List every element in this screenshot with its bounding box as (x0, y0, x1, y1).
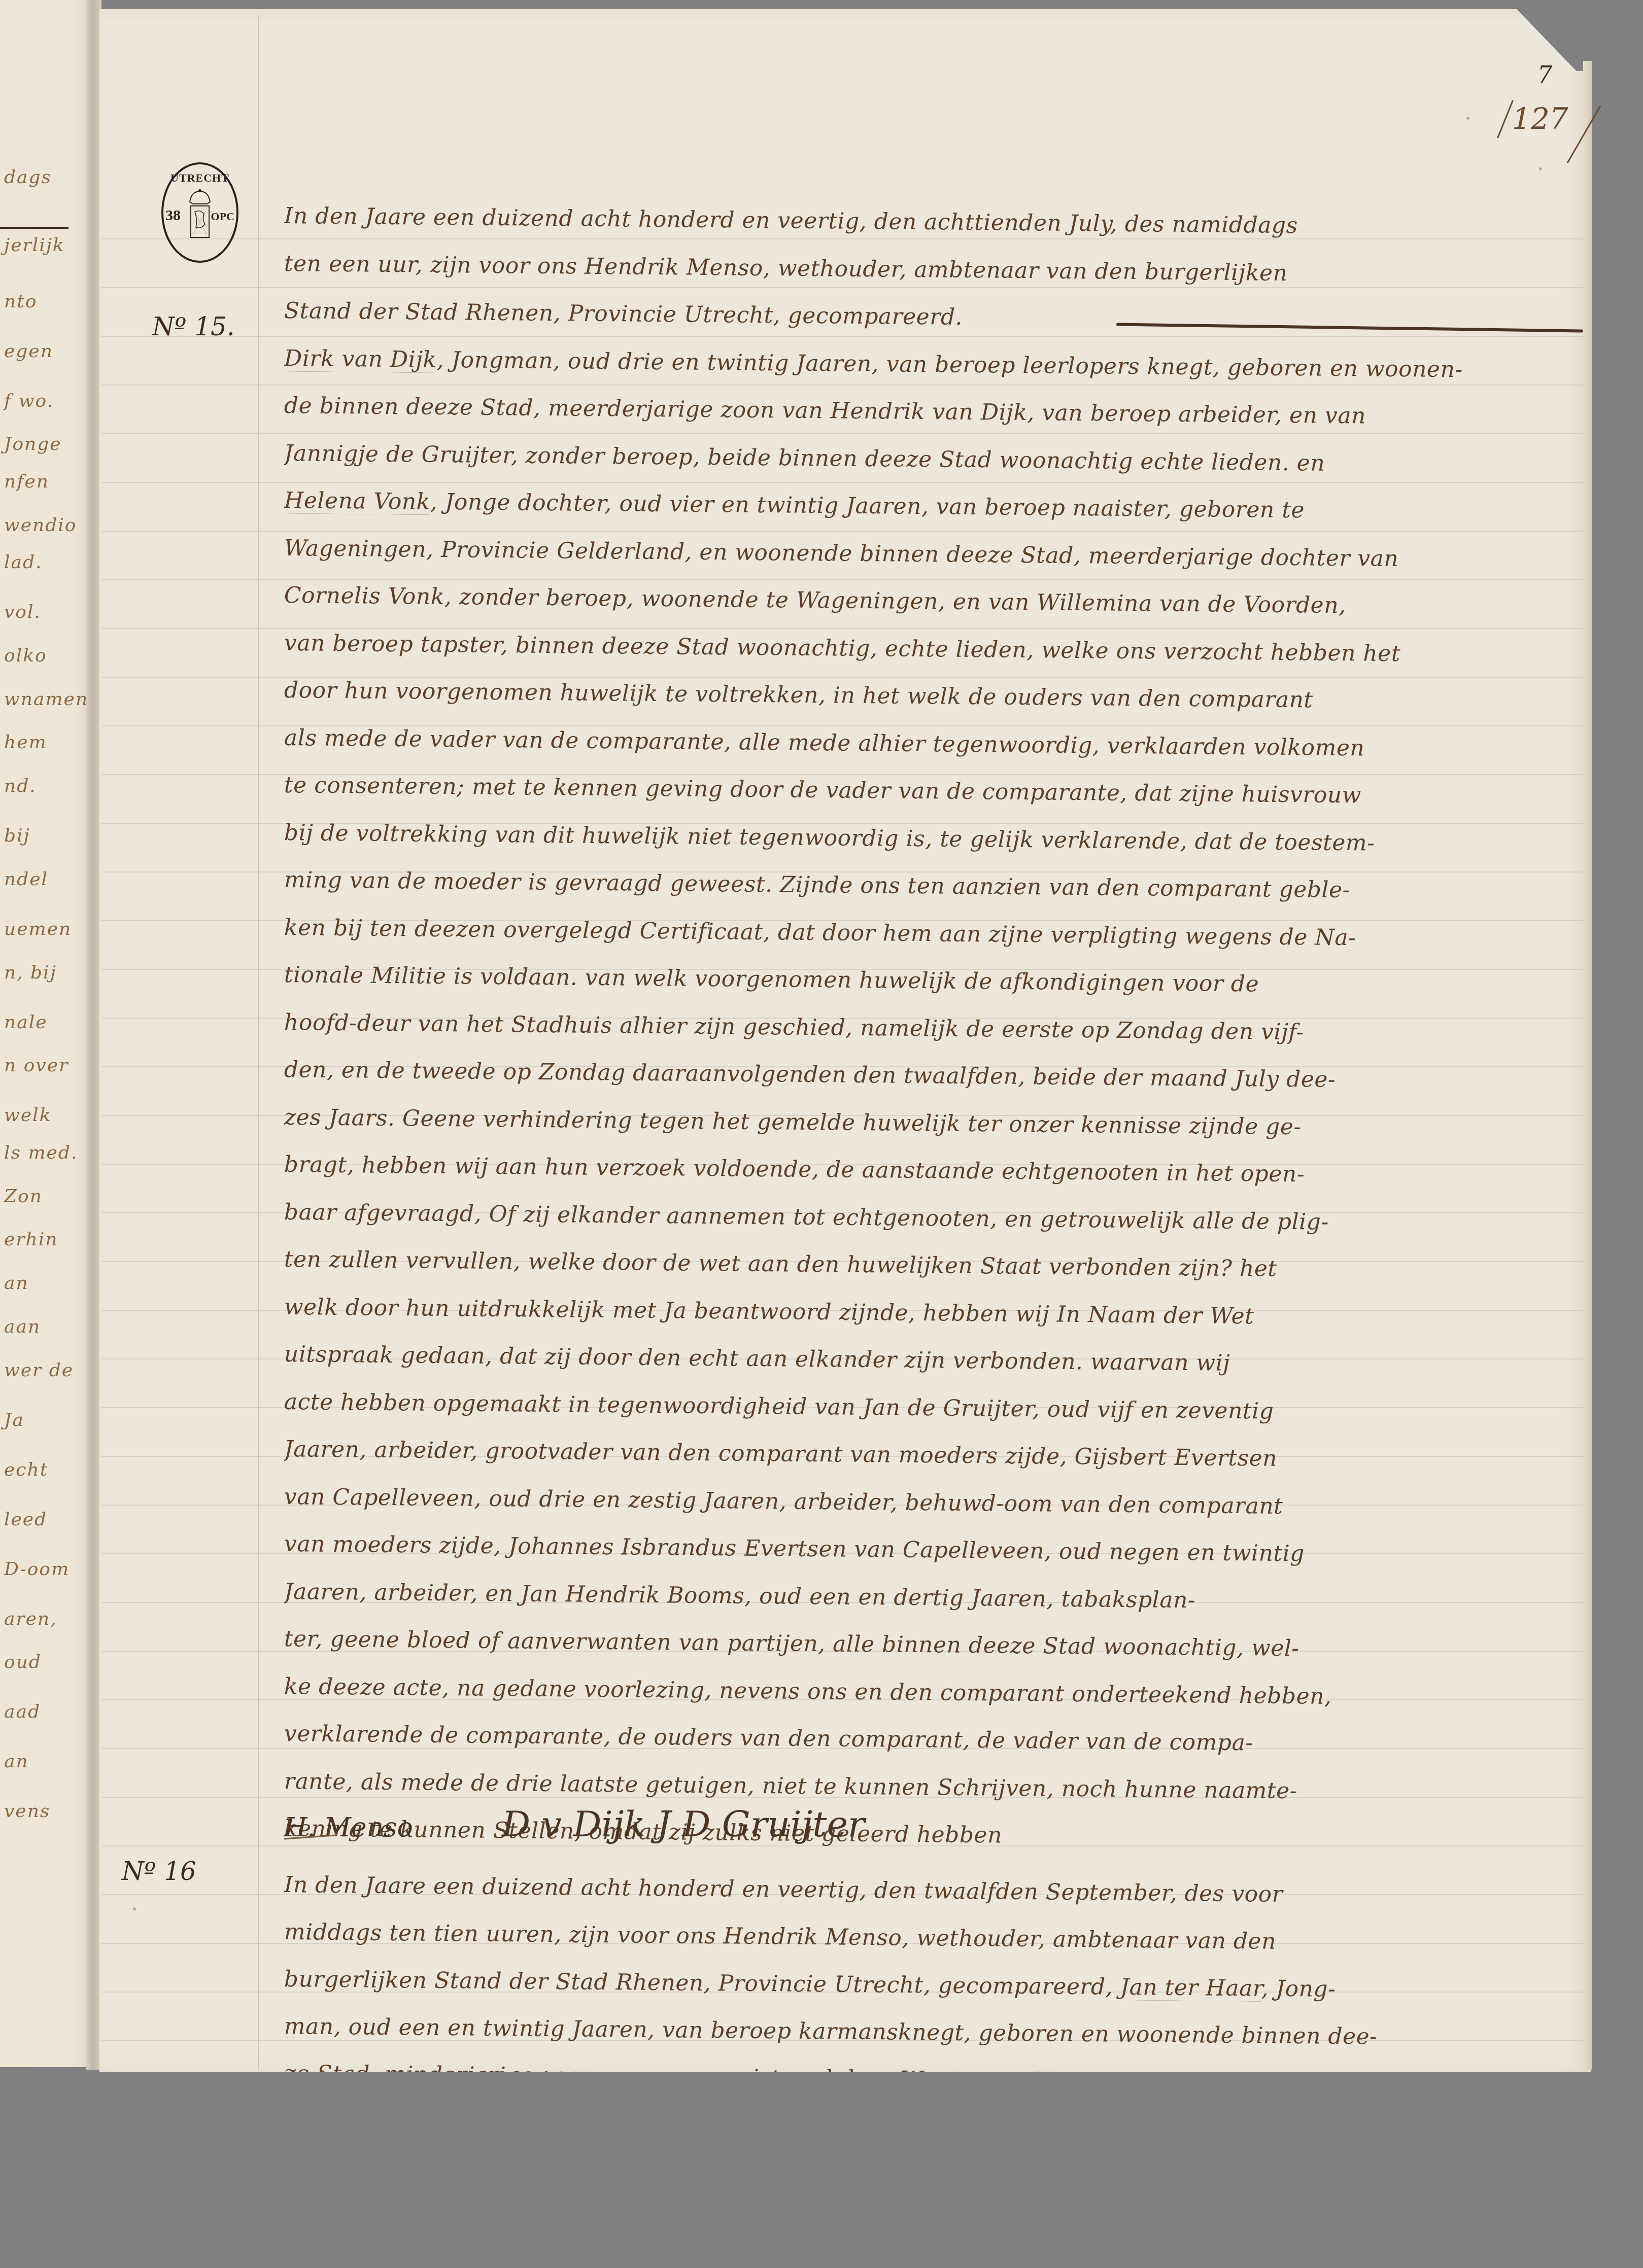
left-page-fragment: erhin (4, 1229, 58, 1250)
party-name: Jan ter Haar (1120, 1974, 1261, 2004)
signature-parties: D v Dijk J D Gruijter (502, 1803, 865, 1845)
ruled-line (101, 628, 1583, 629)
left-page-fragment: wendio (4, 515, 77, 536)
paper-speck (1539, 167, 1542, 170)
party-name: Dirk van Dijk (284, 345, 437, 375)
paper-speck (133, 1907, 136, 1910)
left-page-fragment: olko (4, 645, 47, 666)
left-page-fragment: aan (4, 1316, 41, 1337)
left-page-fragment: aad (4, 1701, 41, 1722)
left-page-fragment: nale (4, 1012, 47, 1033)
paper-speck (1466, 117, 1469, 120)
ruled-line (101, 482, 1583, 483)
entry-number-15: Nº 15. (152, 312, 235, 341)
book-gutter (86, 0, 101, 2070)
left-page-fragment: vol. (4, 602, 41, 622)
left-page-fragment: bij (4, 825, 30, 846)
left-page-fragment: Jonge (4, 434, 62, 455)
ruled-line (101, 433, 1583, 434)
folio-number: 127 (1512, 101, 1568, 136)
left-page-fragment: lad. (4, 552, 42, 573)
left-page-entry-rule (0, 227, 69, 229)
left-page-fragment: oud (4, 1652, 42, 1672)
left-page-fragment: uemen (4, 919, 72, 939)
scan-background (0, 2072, 1643, 2268)
ruled-line (101, 385, 1583, 386)
folio-mark: 7 (1537, 61, 1552, 88)
signature-block: H. Menso D v Dijk J D Gruijter (284, 1803, 865, 1845)
document-scan: dagsjerlijkntoegenf wo.Jongenfenwendiola… (0, 0, 1643, 2268)
left-page-fragment: ndel (4, 869, 48, 890)
left-page-fragment: f wo. (4, 391, 54, 411)
left-page-fragment: Zon (4, 1186, 43, 1207)
left-page-fragment: egen (4, 341, 53, 362)
left-page-fragment: n, bij (4, 962, 57, 983)
left-page-fragment: D-oom (4, 1559, 70, 1580)
left-page-fragment: wnamen (4, 689, 88, 710)
entry-number-16: Nº 16 (122, 1857, 196, 1886)
stamp-unit: OPC (211, 210, 234, 223)
left-page-fragment: nd. (4, 776, 37, 796)
left-page-fragment: leed (4, 1509, 47, 1530)
stamp-value: 38 (165, 207, 181, 224)
left-page-fragment: an (4, 1273, 29, 1294)
left-page-fragment: welk (4, 1105, 51, 1126)
ruled-line (101, 531, 1583, 532)
margin-rule (258, 15, 259, 2070)
ruled-line (101, 579, 1583, 580)
left-page-fragment: dags (4, 167, 52, 188)
left-page-fragment: nto (4, 291, 37, 312)
left-page-fragment: hem (4, 732, 47, 753)
crowned-lion-crest-icon (187, 187, 213, 242)
ruled-line (101, 287, 1583, 288)
left-page-fragment: n over (4, 1055, 69, 1076)
left-page-fragment: nfen (4, 471, 49, 492)
signature-official: H. Menso (284, 1812, 413, 1843)
left-page-fragment: Ja (4, 1410, 24, 1430)
left-page-fragment: wer de (4, 1360, 74, 1381)
left-page-fragment: jerlijk (4, 235, 65, 256)
stamp-region-text: UTRECHT (163, 171, 236, 185)
tax-stamp: UTRECHT 38 OPC (161, 162, 238, 263)
left-page-fragment: ls med. (4, 1142, 78, 1163)
party-name: Helena Vonk (284, 487, 430, 517)
left-page-fragment: an (4, 1751, 29, 1772)
left-page-fragment: echt (4, 1459, 48, 1480)
left-page-fragment: aren, (4, 1609, 57, 1629)
left-page-fragment: vens (4, 1801, 50, 1822)
left-facing-page: dagsjerlijkntoegenf wo.Jongenfenwendiola… (0, 0, 94, 2067)
ruled-line (101, 336, 1583, 337)
